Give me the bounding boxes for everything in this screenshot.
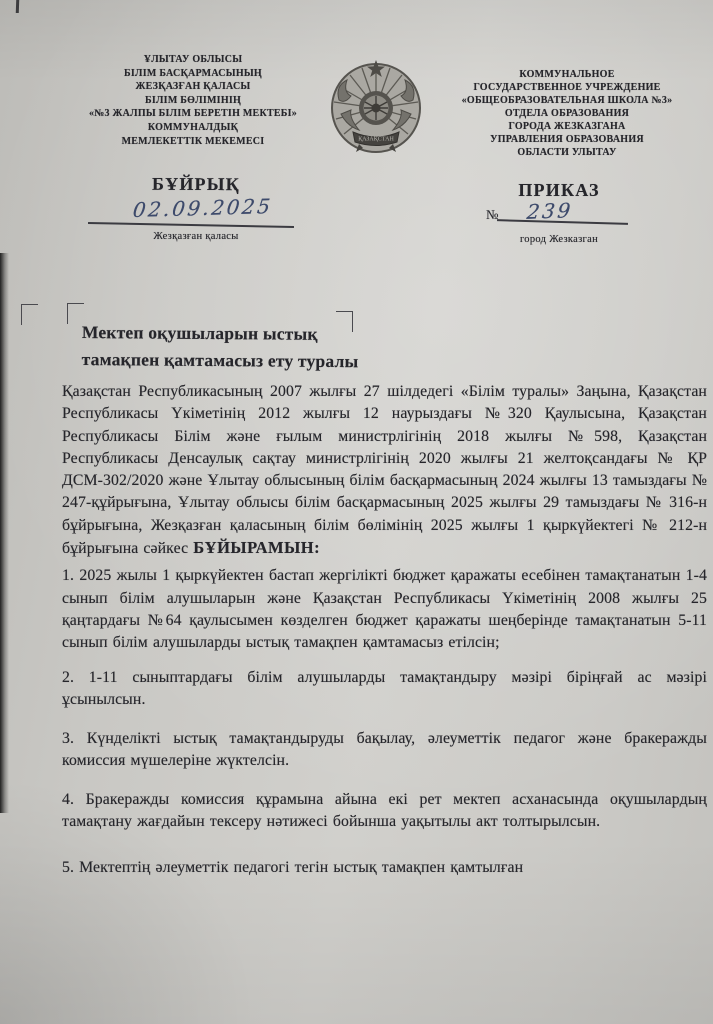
org-ru-line: ОБЛАСТИ УЛЫТАУ	[430, 146, 704, 159]
order-item: 5. Мектептің әлеуметтік педагогі тегін ы…	[62, 857, 707, 879]
org-name-kazakh: ҰЛЫТАУ ОБЛЫСЫ БІЛІМ БАСҚАРМАСЫНЫҢ ЖЕЗҚАЗ…	[70, 53, 316, 148]
order-body: Қазақстан Республикасының 2007 жылғы 27 …	[62, 381, 707, 880]
order-heading-kazakh: БҰЙРЫҚ	[70, 173, 322, 195]
order-item: 2. 1-11 сыныптардағы білім алушыларды та…	[62, 667, 707, 712]
corner-mark	[21, 304, 38, 325]
emblem-banner-text: ҚАЗАҚСТАН	[358, 137, 394, 143]
org-ru-line: ГОРОДА ЖЕЗКАЗГАНА	[430, 120, 704, 133]
org-kk-line: МЕМЛЕКЕТТІК МЕКЕМЕСІ	[70, 135, 316, 149]
org-ru-line: КОММУНАЛЬНОЕ	[430, 68, 704, 81]
order-item: 4. Бракеражды комиссия құрамына айына ек…	[62, 789, 707, 834]
scan-left-edge-shadow	[0, 253, 9, 813]
org-ru-line: ОТДЕЛА ОБРАЗОВАНИЯ	[430, 107, 704, 120]
handwritten-date: 02.09.2025	[132, 194, 274, 222]
org-ru-line: ГОСУДАРСТВЕННОЕ УЧРЕЖДЕНИЕ	[430, 81, 704, 94]
org-name-russian: КОММУНАЛЬНОЕ ГОСУДАРСТВЕННОЕ УЧРЕЖДЕНИЕ …	[430, 68, 704, 159]
date-underline	[88, 222, 294, 228]
org-ru-line: «ОБЩЕОБРАЗОВАТЕЛЬНАЯ ШКОЛА №3»	[430, 94, 704, 107]
order-subject-line: Мектеп оқушыларын ыстық	[82, 319, 359, 348]
scanned-order-page: ҰЛЫТАУ ОБЛЫСЫ БІЛІМ БАСҚАРМАСЫНЫҢ ЖЕЗҚАЗ…	[0, 0, 713, 1024]
order-item: 3. Күнделікті ыстық тамақтандыруды бақыл…	[62, 728, 707, 773]
scan-top-tick-mark	[16, 0, 19, 13]
order-item: 1. 2025 жылы 1 қыркүйектен бастап жергіл…	[62, 565, 707, 654]
org-kk-line: КОММУНАЛДЫҚ	[70, 121, 316, 135]
org-kk-line: БІЛІМ БАСҚАРМАСЫНЫҢ	[70, 67, 316, 81]
order-subject-line: тамақпен қамтамасыз ету туралы	[82, 346, 359, 375]
order-subject: Мектеп оқушыларын ыстық тамақпен қамтама…	[82, 319, 359, 375]
org-kk-line: БІЛІМ БӨЛІМІНІҢ	[70, 94, 316, 108]
preamble-text: Қазақстан Республикасының 2007 жылғы 27 …	[62, 383, 707, 557]
order-preamble: Қазақстан Республикасының 2007 жылғы 27 …	[62, 381, 707, 560]
place-kazakh: Жезқазған қаласы	[70, 231, 322, 242]
kazakhstan-emblem-icon: ҚАЗАҚСТАН	[329, 56, 423, 156]
place-russian: город Жезказган	[438, 234, 680, 245]
directive-word: БҰЙЫРАМЫН:	[193, 538, 320, 557]
org-kk-line: «№3 ЖАЛПЫ БІЛІМ БЕРЕТІН МЕКТЕБІ»	[70, 107, 316, 121]
org-kk-line: ЖЕЗҚАЗҒАН ҚАЛАСЫ	[70, 80, 316, 94]
org-kk-line: ҰЛЫТАУ ОБЛЫСЫ	[70, 53, 316, 67]
org-ru-line: УПРАВЛЕНИЯ ОБРАЗОВАНИЯ	[430, 133, 704, 146]
